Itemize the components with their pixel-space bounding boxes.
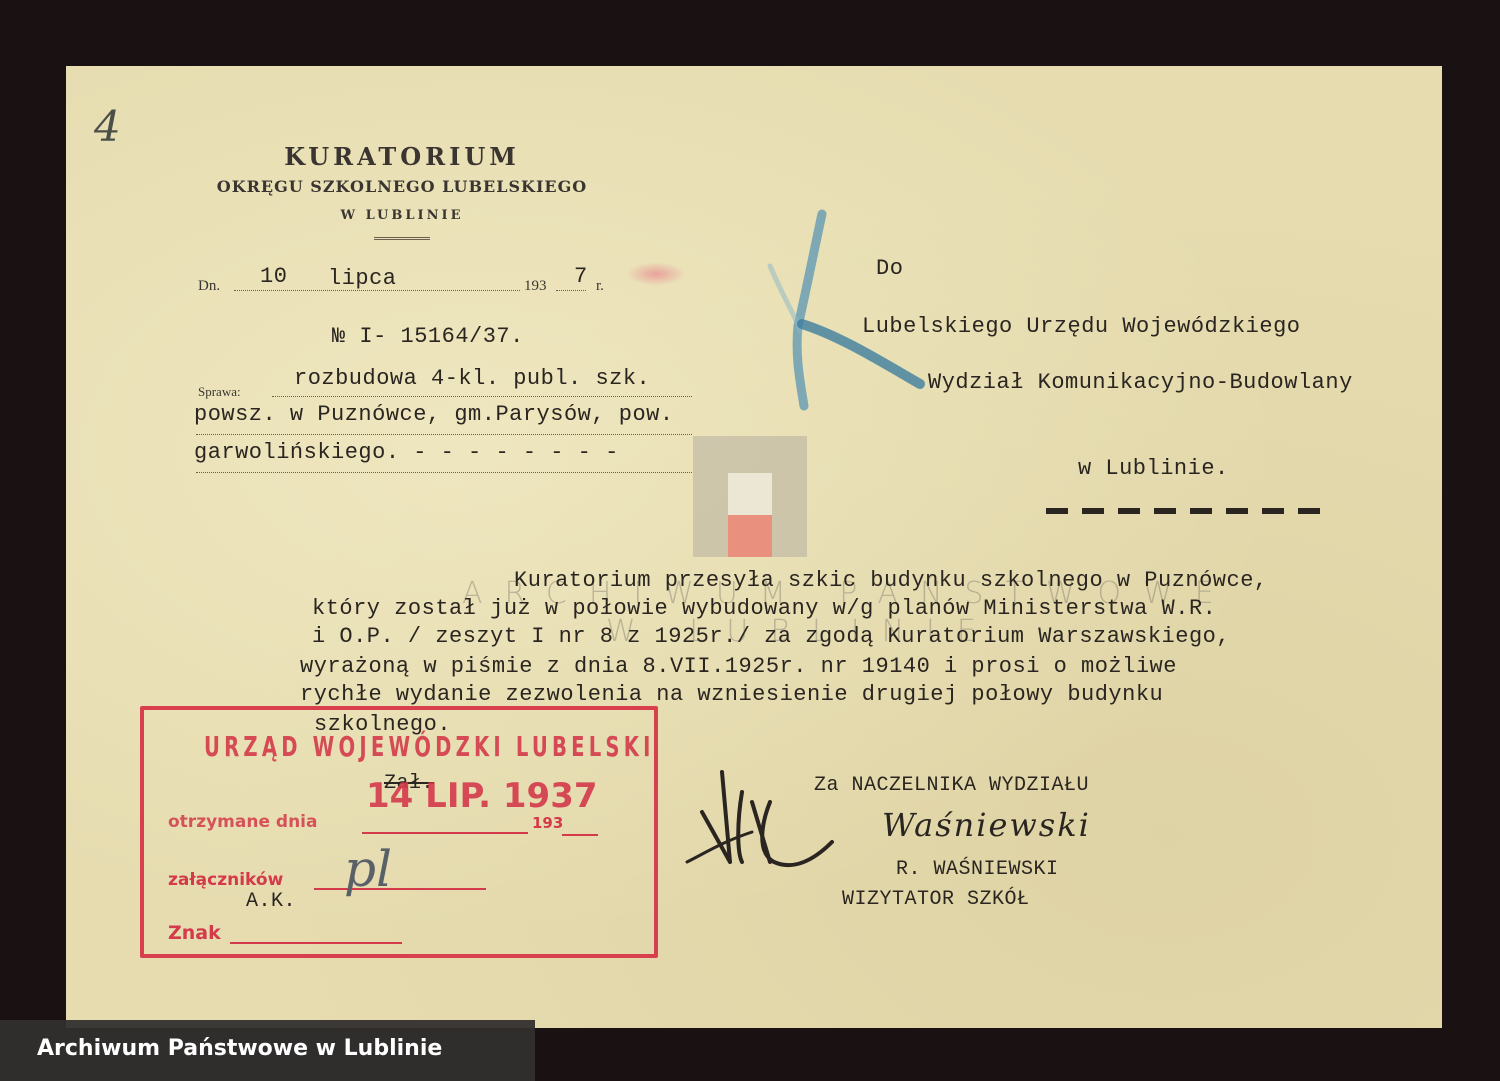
stamp-received-label: otrzymane dnia	[168, 812, 317, 832]
flag-red-icon	[728, 515, 772, 557]
flag-white-icon	[728, 473, 772, 515]
date-month: lipca	[328, 266, 397, 291]
stamp-attachments-line	[314, 888, 486, 890]
body-line-5: rychłe wydanie zezwolenia na wzniesienie…	[300, 682, 1163, 707]
signature-handwritten: Waśniewski	[882, 806, 1091, 844]
archive-watermark-logo	[693, 436, 807, 557]
archive-caption: Archiwum Państwowe w Lublinie	[37, 1036, 442, 1061]
body-line-2: który został już w połowie wybudowany w/…	[312, 596, 1216, 621]
stamp-attachments-label: załączników	[168, 870, 283, 890]
received-stamp: URZĄD WOJEWÓDZKI LUBELSKI Zał. otrzymane…	[140, 706, 658, 958]
stamp-sign-label: Znak	[168, 922, 221, 944]
letterhead-subtitle: OKRĘGU SZKOLNEGO LUBELSKIEGO	[152, 177, 652, 196]
recipient-to: Do	[876, 256, 903, 281]
recipient-line-2: Wydział Komunikacyjno-Budowlany	[928, 370, 1353, 395]
stamp-initials-typed: A.K.	[246, 890, 296, 913]
stamp-date-line	[362, 832, 528, 834]
letterhead-title: KURATORIUM	[152, 142, 652, 171]
letterhead-city: W LUBLINIE	[152, 208, 652, 223]
stamp-sign-line	[230, 942, 402, 944]
date-year-prefix: 193	[524, 278, 547, 295]
page-number: 4	[94, 102, 121, 151]
date-year-digit: 7	[574, 264, 588, 289]
subject-dotline-2	[196, 434, 692, 435]
signature-name: R. WAŚNIEWSKI	[896, 858, 1059, 881]
signature-on-behalf: Za NACZELNIKA WYDZIAŁU	[814, 774, 1089, 797]
letterhead-divider	[374, 237, 430, 240]
date-day: 10	[260, 264, 287, 289]
stamp-year-line	[562, 834, 598, 836]
subject-dotline-3	[196, 472, 692, 473]
initials-scrawl-icon	[682, 762, 852, 882]
stamp-title: URZĄD WOJEWÓDZKI LUBELSKI	[204, 730, 655, 763]
recipient-line-3: w Lublinie.	[1078, 456, 1229, 481]
stamp-attachments-handwritten: pl	[344, 840, 392, 898]
subject-line-2: powsz. w Puznówce, gm.Parysów, pow.	[194, 402, 674, 427]
recipient-line-1: Lubelskiego Urzędu Wojewódzkiego	[862, 314, 1300, 339]
subject-dotline-1	[272, 396, 692, 397]
reference-number: № I- 15164/37.	[332, 324, 524, 349]
subject-label: Sprawa:	[198, 384, 241, 400]
body-line-3: i O.P. / zeszyt I nr 8 z 1925r./ za zgod…	[312, 624, 1230, 649]
letterhead: KURATORIUM OKRĘGU SZKOLNEGO LUBELSKIEGO …	[152, 142, 652, 240]
year-dotline	[556, 290, 586, 291]
stamp-received-date: 14 LIP. 1937	[366, 776, 598, 816]
subject-line-3: garwolińskiego. - - - - - - - -	[194, 440, 619, 465]
body-line-4: wyrażoną w piśmie z dnia 8.VII.1925r. nr…	[300, 654, 1177, 679]
body-line-1: Kuratorium przesyła szkic budynku szkoln…	[514, 568, 1268, 593]
subject-line-1: rozbudowa 4-kl. publ. szk.	[294, 366, 650, 391]
signature-title: WIZYTATOR SZKÓŁ	[842, 888, 1030, 911]
stamp-year-prefix: 193	[532, 814, 563, 832]
archive-caption-bar: Archiwum Państwowe w Lublinie	[0, 1020, 535, 1081]
date-prefix: Dn.	[198, 278, 220, 295]
crayon-k-mark-icon	[760, 206, 930, 416]
red-smudge	[626, 262, 686, 286]
date-suffix: r.	[596, 278, 604, 295]
recipient-underline	[1046, 508, 1320, 514]
